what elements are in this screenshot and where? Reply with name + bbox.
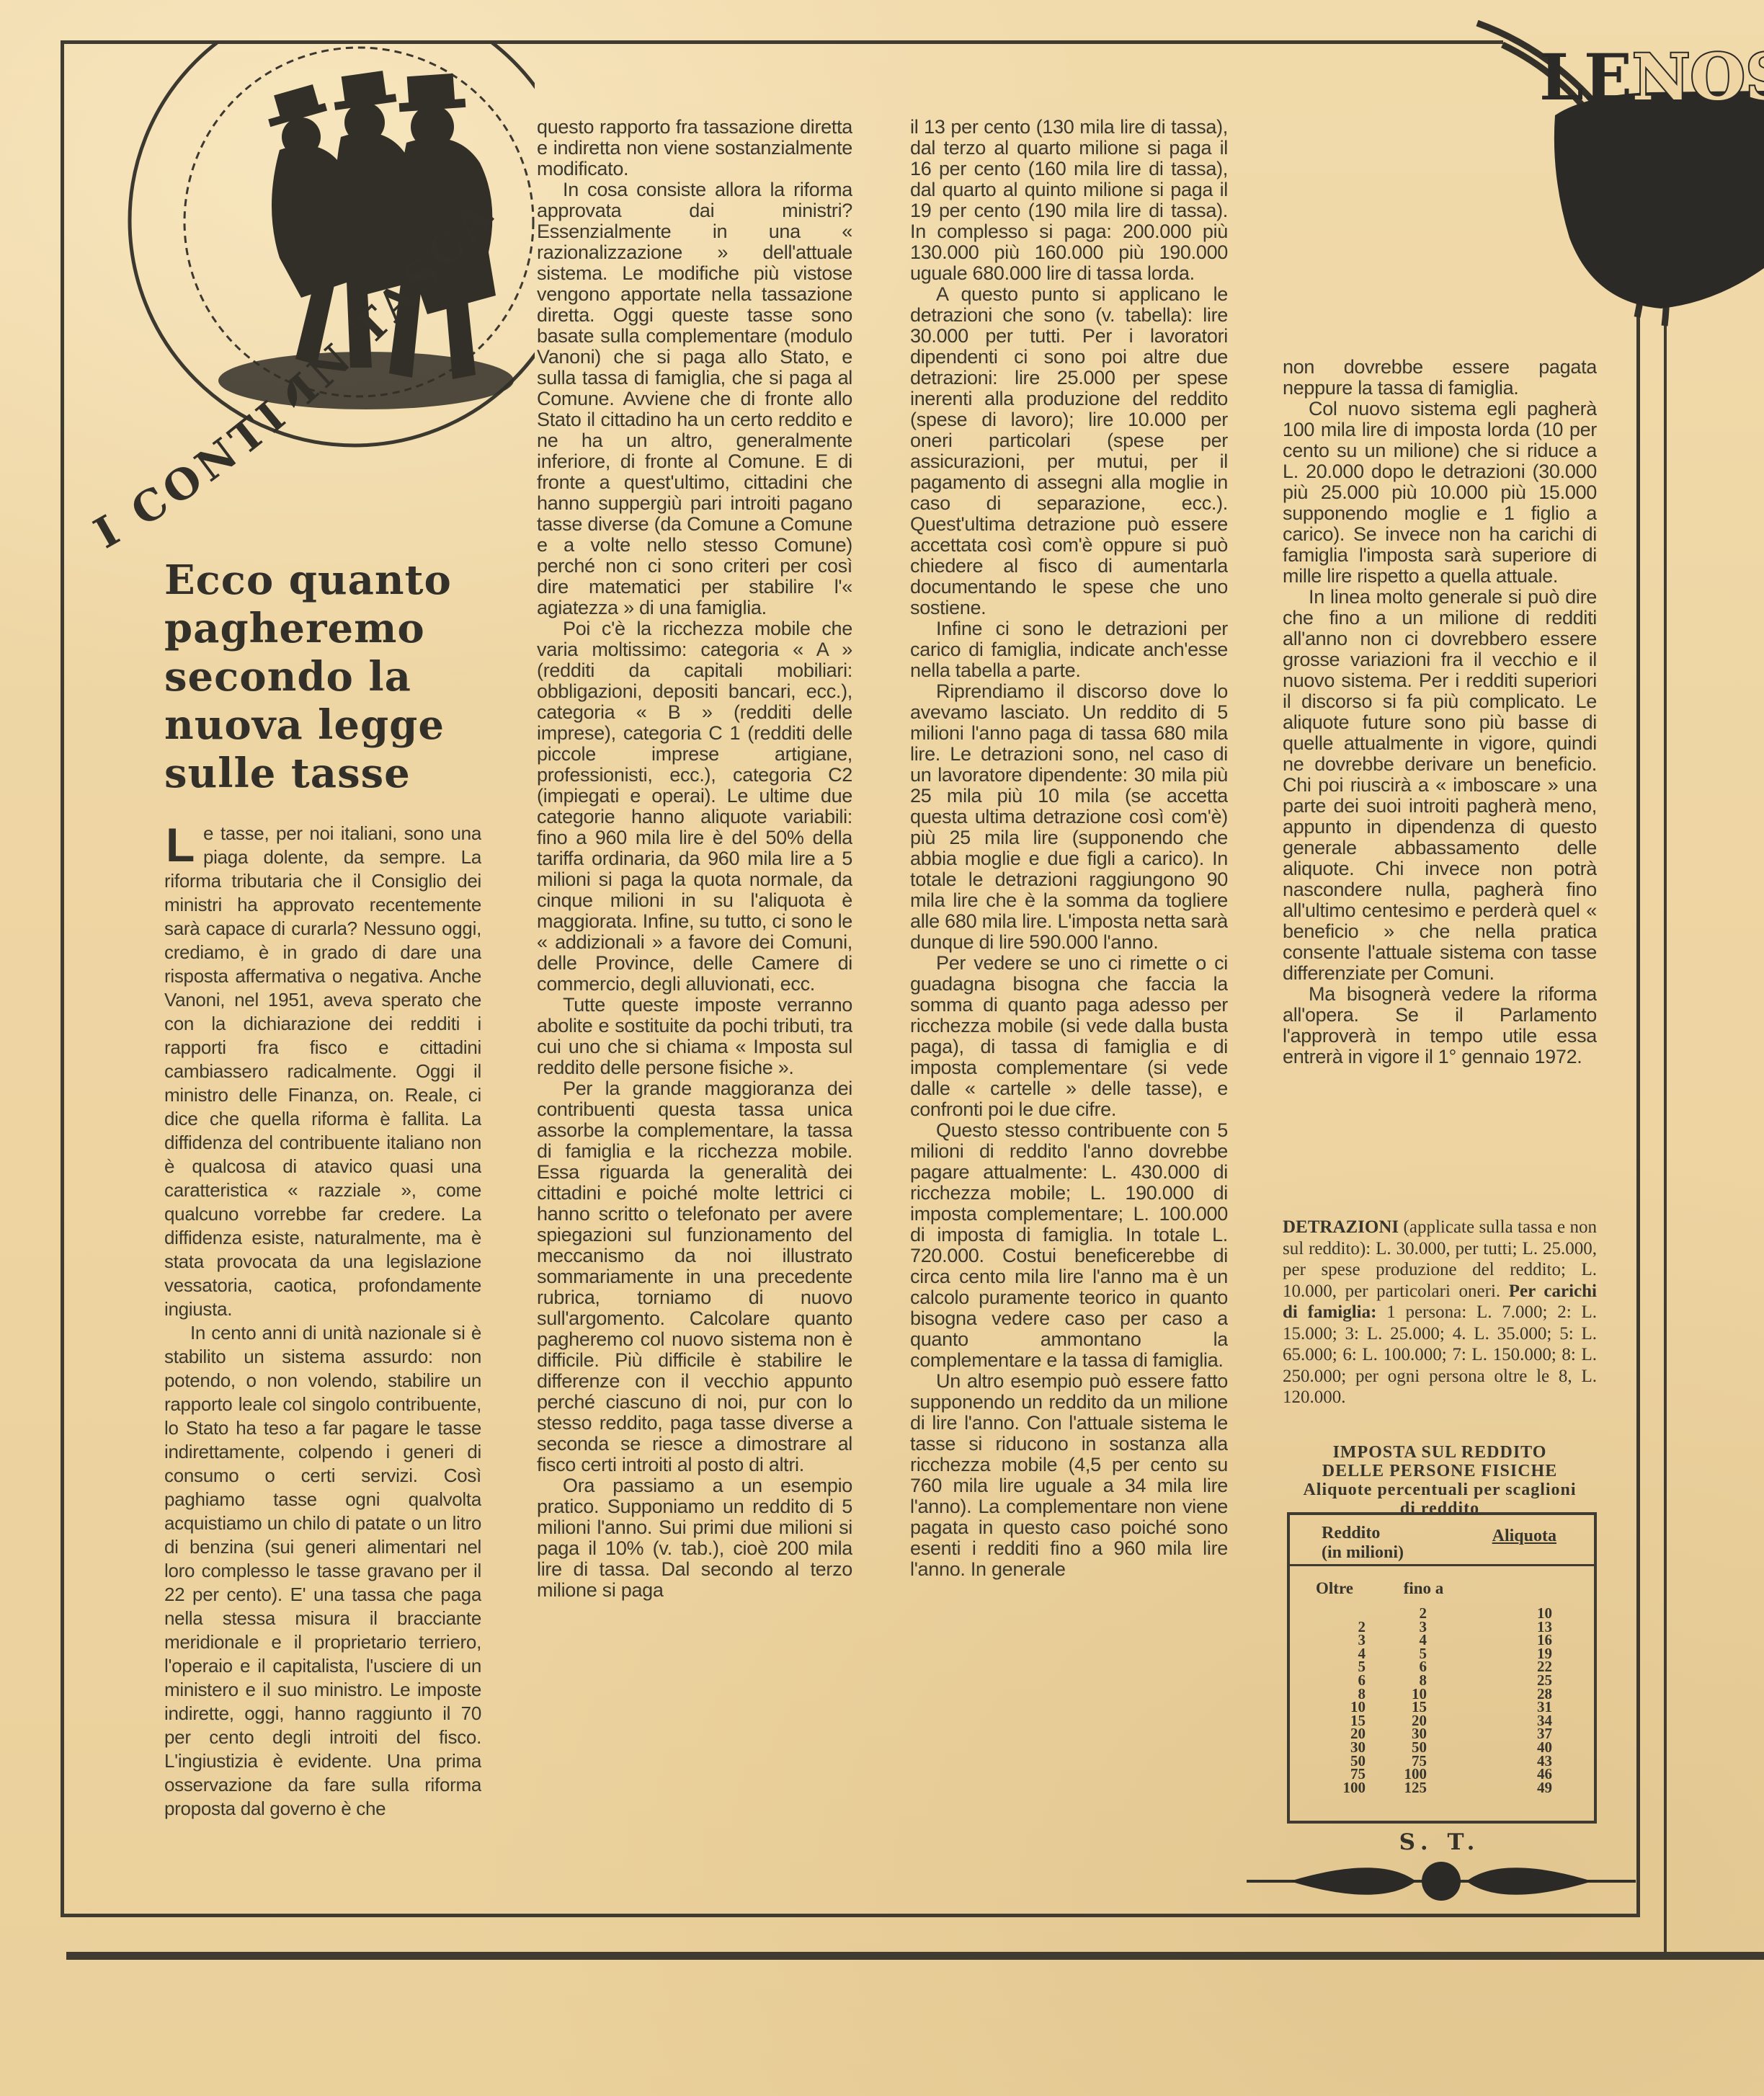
- paragraph: Riprendiamo il discorso dove lo avevamo …: [910, 681, 1228, 953]
- page-bottom-heavy-rule: [66, 1952, 1764, 1960]
- headline-line: secondo la: [164, 653, 489, 701]
- paragraph: il 13 per cento (130 mila lire di tassa)…: [910, 117, 1228, 284]
- paragraph: Ora passiamo a un esempio pratico. Suppo…: [537, 1475, 852, 1601]
- text-column-1: Le tasse, per noi italiani, sono una pia…: [164, 822, 481, 1910]
- cell-aliquota: 43: [1427, 1754, 1594, 1768]
- outer-right-rule: [1664, 326, 1667, 1953]
- cell-aliquota: 40: [1427, 1741, 1594, 1754]
- paragraph: A questo punto si applicano le detrazion…: [910, 284, 1228, 618]
- paragraph: Per la grande maggioranza dei contribuen…: [537, 1078, 852, 1475]
- cell-aliquota: 37: [1427, 1727, 1594, 1741]
- cell-aliquota: 13: [1427, 1620, 1594, 1634]
- cell-aliquota: 28: [1427, 1687, 1594, 1701]
- headline-line: nuova legge: [164, 701, 489, 750]
- drop-cap: L: [164, 822, 203, 865]
- magazine-page: LENOSTRE I CONTI IN TAS: [0, 0, 1764, 2096]
- column-header-reddito: Reddito (in milioni): [1322, 1524, 1404, 1563]
- masthead-logo: LENOSTRE: [1470, 0, 1764, 346]
- paragraph: In cento anni di unità nazionale si è st…: [164, 1321, 481, 1821]
- cell-aliquota: 19: [1427, 1647, 1594, 1661]
- paragraph: Poi c'è la ricchezza mobile che varia mo…: [537, 618, 852, 995]
- cell-oltre: 6: [1290, 1674, 1366, 1687]
- cell-fino: 4: [1366, 1633, 1427, 1647]
- cell-aliquota: 10: [1427, 1607, 1594, 1620]
- paragraph: Col nuovo sistema egli pagherà 100 mila …: [1283, 399, 1597, 587]
- column-header-aliquota: Aliquota: [1492, 1527, 1556, 1546]
- paragraph: Ma bisognerà vedere la riforma all'opera…: [1283, 984, 1597, 1067]
- vignette-illustration: I CONTI IN TASCA: [63, 42, 535, 618]
- table-rows: 2102313341645195622682581028101531152034…: [1290, 1604, 1594, 1794]
- table-title-line: DELLE PERSONE FISICHE: [1283, 1462, 1597, 1480]
- cell-aliquota: 49: [1427, 1781, 1594, 1795]
- paragraph: In cosa consiste allora la riforma appro…: [537, 179, 852, 618]
- cell-oltre: 5: [1290, 1660, 1366, 1674]
- subheader-oltre: Oltre: [1316, 1579, 1353, 1597]
- cell-aliquota: 31: [1427, 1700, 1594, 1714]
- detrazioni-segment: DETRAZIONI: [1283, 1217, 1399, 1237]
- text-column-3: il 13 per cento (130 mila lire di tassa)…: [910, 117, 1228, 1913]
- table-title-line: Aliquote percentuali per scaglioni: [1283, 1480, 1597, 1499]
- cell-fino: 125: [1366, 1781, 1427, 1795]
- table-title-line: IMPOSTA SUL REDDITO: [1283, 1443, 1597, 1462]
- paragraph: Per vedere se uno ci rimette o ci guadag…: [910, 953, 1228, 1120]
- headline-line: sulle tasse: [164, 750, 489, 798]
- cell-oltre: 2: [1290, 1620, 1366, 1634]
- paragraph: In linea molto generale si può dire che …: [1283, 587, 1597, 984]
- cell-aliquota: 46: [1427, 1767, 1594, 1781]
- detrazioni-note: DETRAZIONI (applicate sulla tassa e non …: [1283, 1217, 1597, 1446]
- cell-fino: 3: [1366, 1620, 1427, 1634]
- tax-table: Reddito (in milioni) Aliquota Oltre fino…: [1287, 1512, 1597, 1824]
- paragraph: Infine ci sono le detrazioni per carico …: [910, 618, 1228, 681]
- paragraph: Tutte queste imposte verranno abolite e …: [537, 995, 852, 1078]
- text-column-4: non dovrebbe essere pagata neppure la ta…: [1283, 357, 1597, 1196]
- frame-bottom-rule: [61, 1914, 1640, 1917]
- cell-oltre: 4: [1290, 1647, 1366, 1661]
- headline-line: pagheremo: [164, 605, 489, 653]
- cell-oltre: [1290, 1607, 1366, 1620]
- subheader-fino: fino a: [1404, 1579, 1444, 1597]
- paragraph: questo rapporto fra tassazione diretta e…: [537, 117, 852, 179]
- cell-oltre: 3: [1290, 1633, 1366, 1647]
- table-row: 10012549: [1290, 1781, 1594, 1795]
- svg-text:LENOSTRE: LENOSTRE: [1539, 40, 1764, 115]
- paragraph: Un altro esempio può essere fatto suppon…: [910, 1371, 1228, 1580]
- author-signature: S. T.: [1283, 1829, 1597, 1855]
- frame-right-rule: [1636, 316, 1640, 1916]
- paragraph: Questo stesso contribuente con 5 milioni…: [910, 1120, 1228, 1371]
- cell-aliquota: 22: [1427, 1660, 1594, 1674]
- lead-paragraph: Le tasse, per noi italiani, sono una pia…: [164, 822, 481, 1321]
- cell-fino: 6: [1366, 1660, 1427, 1674]
- cell-fino: 5: [1366, 1647, 1427, 1661]
- tax-table-title: IMPOSTA SUL REDDITODELLE PERSONE FISICHE…: [1283, 1443, 1597, 1518]
- paragraph: non dovrebbe essere pagata neppure la ta…: [1283, 357, 1597, 399]
- divider-ornament-icon: [1247, 1858, 1636, 1904]
- cell-oltre: 100: [1290, 1781, 1366, 1795]
- headline-line: Ecco quanto: [164, 556, 489, 605]
- text-column-2: questo rapporto fra tassazione diretta e…: [537, 117, 852, 1913]
- cell-aliquota: 16: [1427, 1633, 1594, 1647]
- cell-aliquota: 25: [1427, 1674, 1594, 1687]
- article-headline: Ecco quantopagheremosecondo lanuova legg…: [164, 556, 489, 798]
- cell-aliquota: 34: [1427, 1714, 1594, 1728]
- table-subheaders: Oltre fino a: [1290, 1566, 1594, 1604]
- cell-fino: 2: [1366, 1607, 1427, 1620]
